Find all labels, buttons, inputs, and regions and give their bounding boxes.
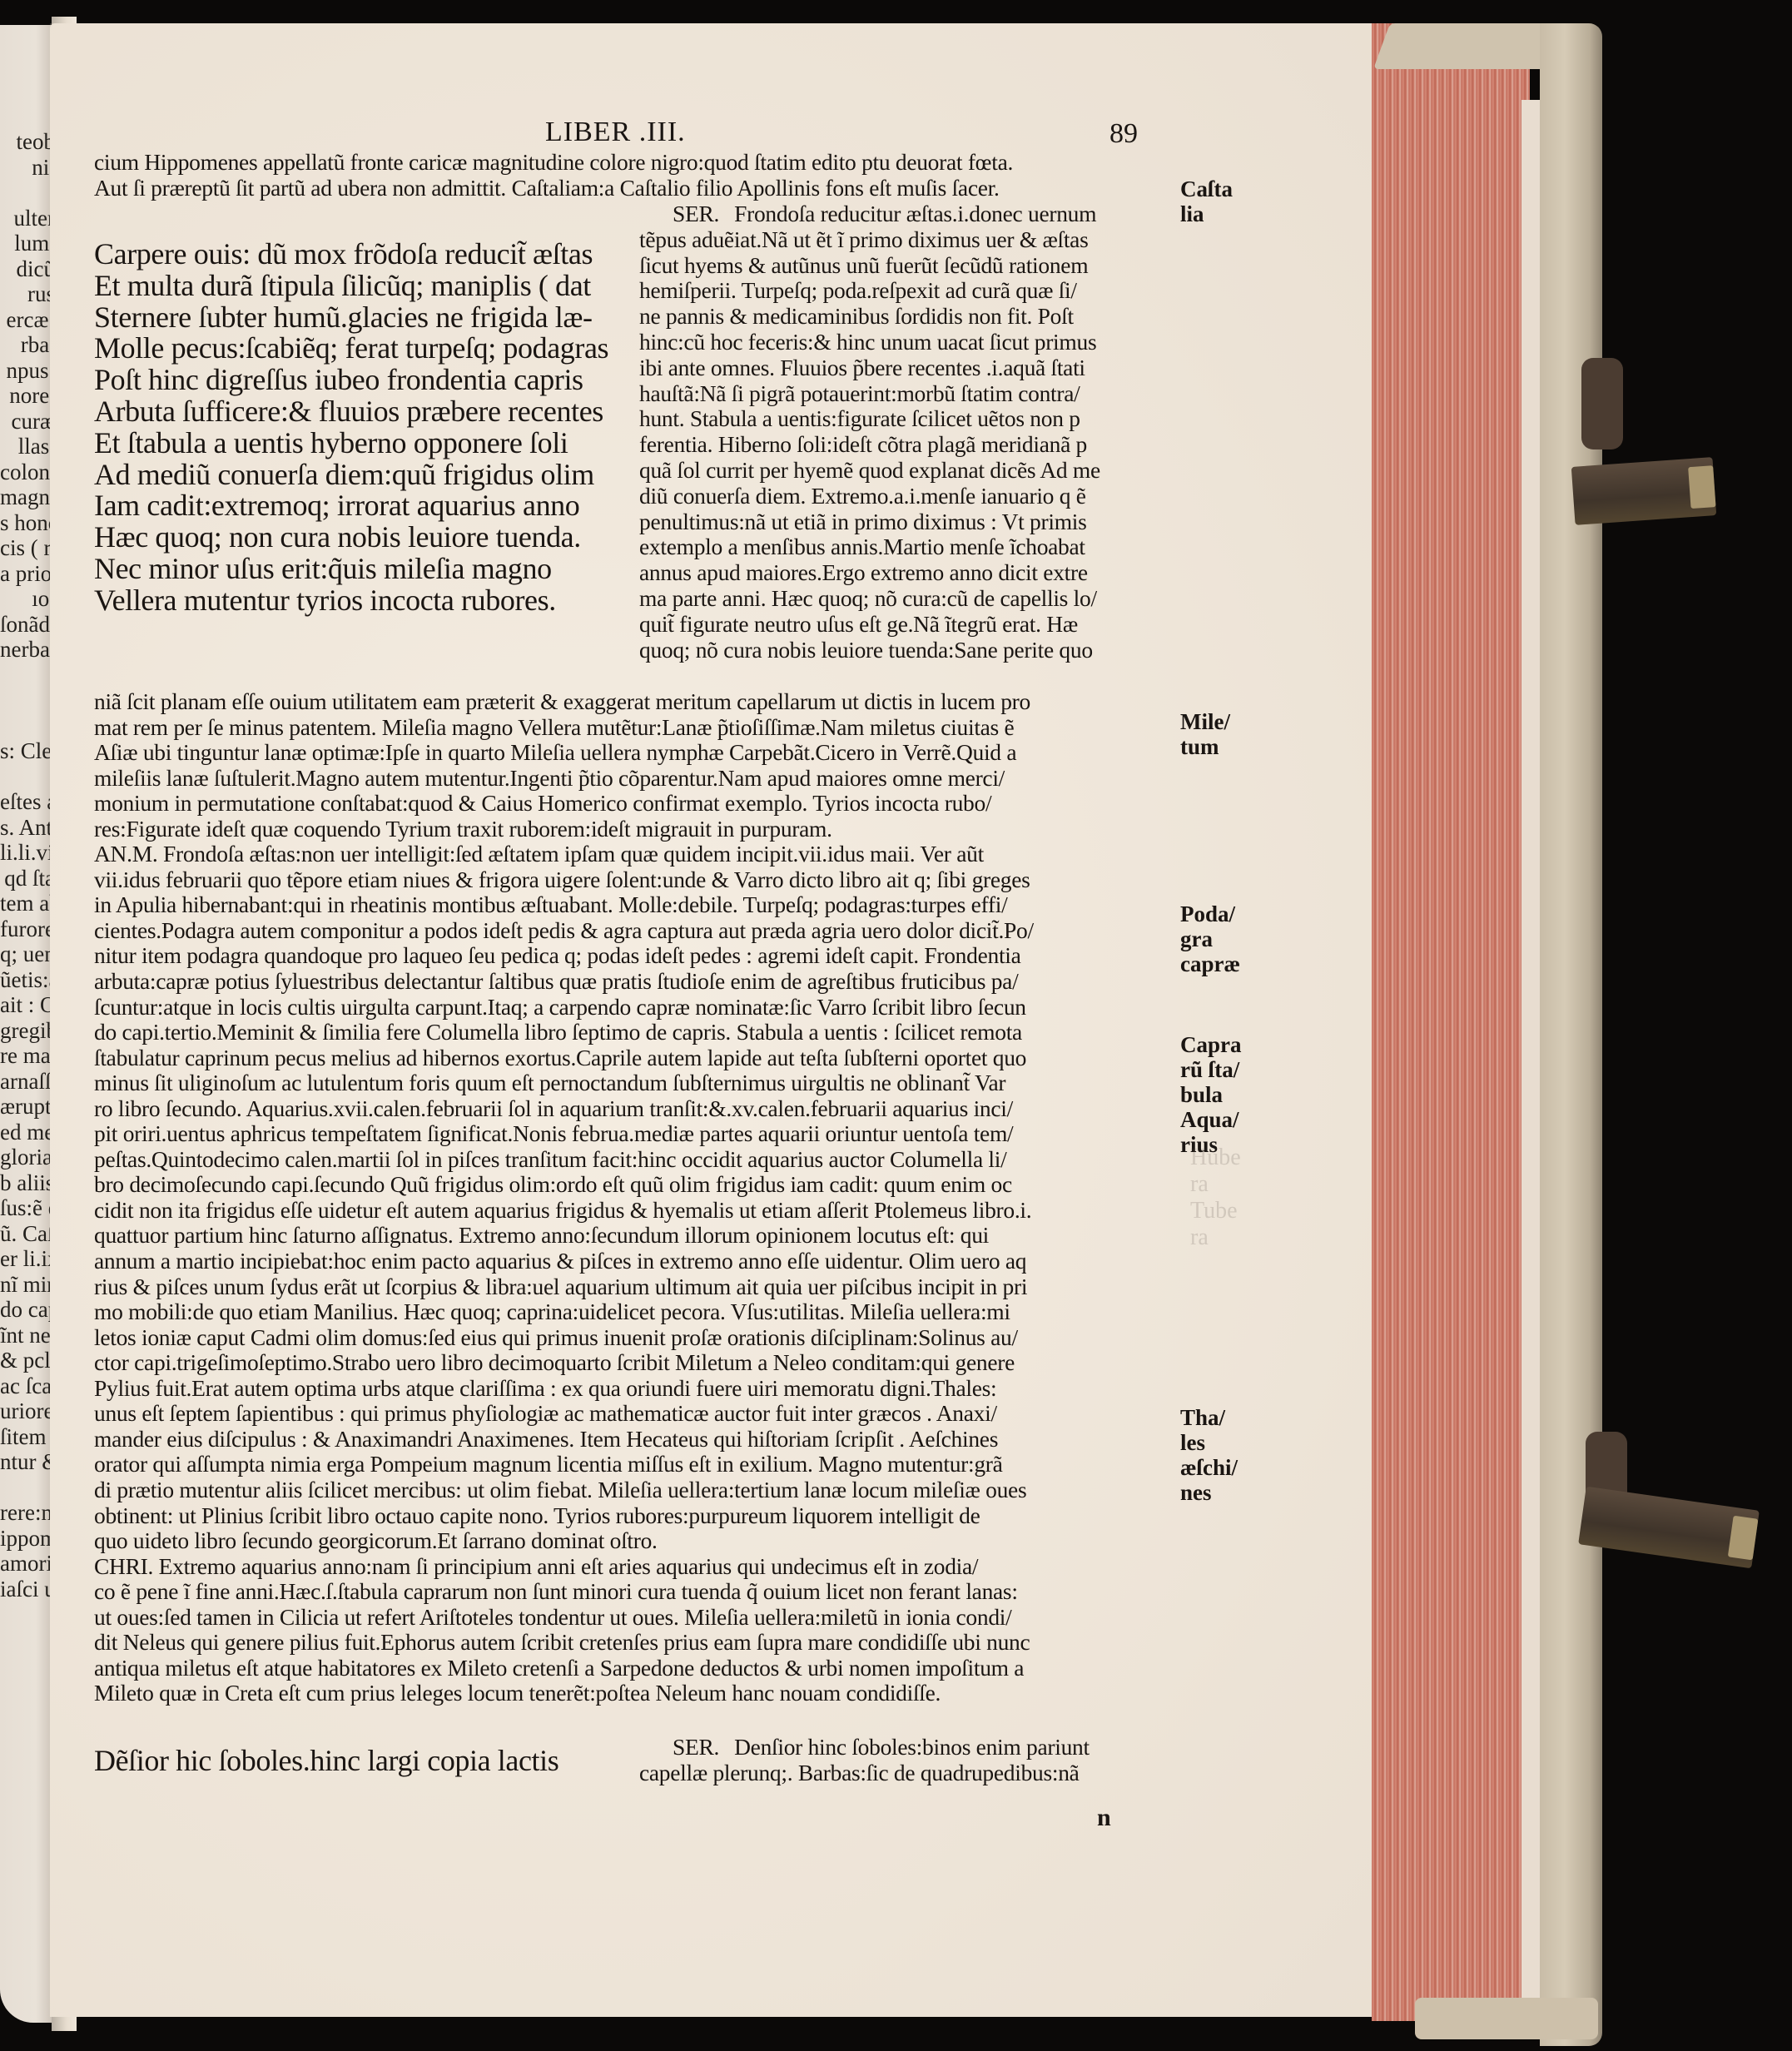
- ser2-lines: capellæ plerunq;. Barbas:ſic de quadrupe…: [639, 1760, 1090, 1786]
- text-line: extemplo a menſibus annis.Martio menſe ĩ…: [639, 534, 1100, 560]
- text-line: hinc:cũ hoc feceris:& hinc unum uacat ſi…: [639, 330, 1100, 355]
- text-line: pit oriri.uentus aphricus tempeſtatem ſi…: [94, 1121, 1034, 1147]
- text-line: mo mobili:de quo etiam Manilius. Hæc quo…: [94, 1299, 1034, 1325]
- text-line: Carpere ouis: dũ mox frõdoſa reducit̃ æſ…: [94, 239, 608, 271]
- text-line: hauſtã:Nã ſi pigrã potauerint:morbũ ſtat…: [639, 381, 1100, 407]
- margin-note: Poda/ gra capræ: [1180, 901, 1240, 976]
- text-line: res:Figurate ideſt quæ coquendo Tyrium t…: [94, 817, 1034, 842]
- text-line: npus:: [0, 358, 52, 384]
- text-line: ũetis:aq;: [0, 967, 52, 993]
- clasp-strap-upper-icon: [1571, 457, 1716, 525]
- text-line: annum a martio incipiebat:hoc enim pacto…: [94, 1249, 1034, 1274]
- ser-commentary-2: SER.Denſior hinc ſoboles:binos enim pari…: [639, 1735, 1090, 1786]
- text-line: SER.Denſior hinc ſoboles:binos enim pari…: [639, 1735, 1090, 1760]
- text-line: ibi ante omnes. Fluuios p̃bere recentes …: [639, 355, 1100, 381]
- text-line: annus apud maiores.Ergo extremo anno dic…: [639, 560, 1100, 586]
- text-line: penultimus:nã ut etiã in primo diximus :…: [639, 509, 1100, 535]
- text-line: teob: [0, 129, 52, 155]
- text-line: ut oues:ſed tamen in Cilicia ut refert A…: [94, 1605, 1034, 1631]
- text-line: dit Neleus qui genere pilius fuit.Ephoru…: [94, 1630, 1034, 1656]
- text-line: ıo.: [0, 586, 52, 612]
- text-line: ulter: [0, 206, 52, 231]
- text-line: ſus:ẽ enim: [0, 1195, 52, 1221]
- text-line: hunt. Stabula a uentis:figurate ſcilicet…: [639, 406, 1100, 432]
- text-line: coloni:: [0, 459, 52, 485]
- margin-note: Capra rũ ſta/ bula Aqua/ rius: [1180, 1032, 1242, 1157]
- text-line: ctor capi.trigeſimoſeptimo.Strabo uero l…: [94, 1350, 1034, 1376]
- text-line: quoq; nõ cura nobis leuiore tuenda:Sane …: [639, 638, 1100, 663]
- text-line: minus ſit uliginoſum ac lutulentum foris…: [94, 1070, 1034, 1096]
- text-line: ferentia. Hiberno ſoli:ideſt cõtra plagã…: [639, 432, 1100, 458]
- text-line: Arbuta ſufficere:& fluuios præbere recen…: [94, 396, 608, 428]
- vellum-cover-spine: [1540, 23, 1602, 2046]
- text-line: ærupta ſũ: [0, 1094, 52, 1120]
- text-line: rere:nec quẽ: [0, 1500, 52, 1526]
- vellum-cover-bottom: [1415, 1998, 1598, 2039]
- commentator-label: SER.: [673, 201, 719, 227]
- text-line: ne pannis & medicaminibus ſordidis non f…: [639, 304, 1100, 330]
- text-line: b aliis non: [0, 1170, 52, 1196]
- text-line: nitur item podagra quandoque pro laqueo …: [94, 943, 1034, 969]
- text-line: s hono: [0, 510, 52, 536]
- text-line: peſtas.Quintodecimo calen.martii ſol in …: [94, 1147, 1034, 1173]
- text-line: Poſt hinc digreſſus iubeo frondentia cap…: [94, 365, 608, 396]
- text-line: Aſiæ ubi tinguntur lanæ optimæ:Ipſe in q…: [94, 740, 1034, 766]
- text-line: rius & piſces unum ſydus erãt ut ſcorpiu…: [94, 1274, 1034, 1300]
- text-line-body: Frondoſa reducitur æſtas.i.donec uernum: [734, 201, 1096, 226]
- text-line: AN.M. Frondoſa æſtas:non uer intelligit:…: [94, 842, 1034, 867]
- full-width-commentary: niã ſcit planam eſſe ouium utilitatem ea…: [94, 689, 1034, 1706]
- text-line: s. Antea: [0, 815, 52, 841]
- text-line: SER.Frondoſa reducitur æſtas.i.donec uer…: [639, 201, 1100, 227]
- text-line: in Apulia hibernabant:qui in rheatinis m…: [94, 892, 1034, 918]
- text-line: [0, 180, 52, 206]
- text-line: capellæ plerunq;. Barbas:ſic de quadrupe…: [639, 1760, 1090, 1786]
- verse-block-2: Dẽſior hic ſoboles.hinc largi copia lact…: [94, 1746, 558, 1777]
- text-line: bro decimoſecundo capi.ſecundo Quũ frigi…: [94, 1172, 1034, 1198]
- margin-note: Tha/ les æſchi/ nes: [1180, 1405, 1238, 1505]
- text-line: Ad mediũ conuerſa diem:quũ frigidus olim: [94, 459, 608, 491]
- text-line: Vellera mutentur tyrios incocta rubores.: [94, 585, 608, 617]
- text-line: arbuta:capræ potius ſyluestribus delecta…: [94, 969, 1034, 995]
- text-line: amoris be: [0, 1551, 52, 1577]
- text-line: arnaſſi ar/: [0, 1069, 52, 1095]
- text-line: ac ſcabras: [0, 1373, 52, 1399]
- text-line: Molle pecus:ſcabiẽq; ferat turpeſq; poda…: [94, 333, 608, 365]
- text-line: llas.: [0, 434, 52, 459]
- margin-note: Mile/ tum: [1180, 709, 1230, 759]
- text-line: Nec minor uſus erit:q̃uis mileſia magno: [94, 554, 608, 585]
- text-line: gregibus.: [0, 1018, 52, 1044]
- text-line: Iam cadit:extremoq; irrorat aquarius ann…: [94, 490, 608, 522]
- folio-number: 89: [1109, 118, 1138, 150]
- text-line: ſitem quo: [0, 1424, 52, 1450]
- text-line: nĩ minime: [0, 1272, 52, 1298]
- text-line: Mileto quæ in Creta eſt cum prius lelege…: [94, 1681, 1034, 1706]
- ghost-margin-note: Hube ra Tube ra: [1190, 1145, 1241, 1251]
- text-line: cidit non ita frigidus eſſe uidetur eſt …: [94, 1198, 1034, 1224]
- text-line: Et ſtabula a uentis hyberno opponere ſol…: [94, 428, 608, 459]
- text-line: unus eſt ſeptem ſapientibus : qui primus…: [94, 1401, 1034, 1427]
- margin-note: Caſta lia: [1180, 176, 1233, 226]
- text-line: urioreſque: [0, 1398, 52, 1424]
- text-line: CHRI. Extremo aquarius anno:nam ſi princ…: [94, 1554, 1034, 1580]
- text-line: quit̃ figurate neutro uſus eſt ge.Nã ĩte…: [639, 612, 1100, 638]
- text-line: [0, 688, 52, 713]
- text-line: dicũ: [0, 256, 52, 282]
- text-line: ercæ:: [0, 307, 52, 333]
- left-page-text: teobni. ulterlum.dicũrusercæ:rba.npus:no…: [0, 25, 52, 1602]
- text-line: ũ. Caſta/: [0, 1221, 52, 1247]
- text-line: ni.: [0, 155, 52, 181]
- clasp-tie-upper: [1581, 358, 1623, 449]
- text-line: orator qui aſſumpta nimia erga Pompeium …: [94, 1452, 1034, 1477]
- text-line: letos ioniæ caput Cadmi olim domus:ſed e…: [94, 1325, 1034, 1351]
- signature-mark: n: [1097, 1804, 1111, 1832]
- text-line: eſtes aliẽ: [0, 789, 52, 815]
- text-line: s: Clemẽ: [0, 738, 52, 764]
- text-line: furore: [0, 916, 52, 942]
- text-line: cientes.Podagra autem componitur a podos…: [94, 918, 1034, 944]
- text-line: ma parte anni. Hæc quoq; nõ cura:cũ de c…: [639, 586, 1100, 612]
- text-line: [0, 1475, 52, 1501]
- text-line: co ẽ pene ĩ fine anni.Hæc.ſ.ſtabula capr…: [94, 1579, 1034, 1605]
- text-line: ippomenes: [0, 1526, 52, 1552]
- text-line: re maxia:: [0, 1043, 52, 1069]
- ser-commentary-1: SER.Frondoſa reducitur æſtas.i.donec uer…: [639, 201, 1100, 663]
- text-line-body: Denſior hinc ſoboles:binos enim pariunt: [734, 1734, 1090, 1760]
- text-line: tẽpus aduẽiat.Nã ut ẽt ĩ primo diximus u…: [639, 227, 1100, 253]
- text-line: er li.ix.Pro: [0, 1246, 52, 1272]
- text-line: ſicut hyems & autũnus unũ fuerũt ſecũdũ …: [639, 253, 1100, 279]
- text-line: iaſci uenẽ: [0, 1577, 52, 1602]
- text-line: q; uene/: [0, 941, 52, 967]
- text-line: ntur & a te: [0, 1449, 52, 1475]
- text-line: cis ( rẽ: [0, 535, 52, 561]
- left-facing-page: teobni. ulterlum.dicũrusercæ:rba.npus:no…: [0, 25, 52, 2023]
- text-line: mat rem per ſe minus patentem. Mileſia m…: [94, 715, 1034, 741]
- text-line: quattuor partium hinc ſaturno aſſignatus…: [94, 1223, 1034, 1249]
- text-line: ait : Oĩa: [0, 992, 52, 1018]
- text-line: monium in permutatione conſtabat:quod & …: [94, 791, 1034, 817]
- text-line: diũ conuerſa diem. Extremo.a.i.menſe ian…: [639, 484, 1100, 509]
- text-line: & pcliuũ: [0, 1348, 52, 1373]
- text-line: ro libro ſecundo. Aquarius.xvii.calen.fe…: [94, 1096, 1034, 1122]
- text-line: mileſiis lanæ ſuſtulerit.Magno autem mut…: [94, 766, 1034, 792]
- text-line: hemiſperii. Turpeſq; poda.reſpexit ad cu…: [639, 278, 1100, 304]
- text-line: [0, 764, 52, 790]
- text-line: ſcuntur:atque in locis cultis uirgulta c…: [94, 995, 1034, 1021]
- text-line: cium Hippomenes appellatũ fronte caricæ …: [94, 150, 1013, 176]
- clasp-strap-lower-icon: [1578, 1487, 1760, 1569]
- text-line: tem ab: [0, 891, 52, 916]
- text-line: Pylius fuit.Erat autem optima urbs atque…: [94, 1376, 1034, 1402]
- text-line: a prioq;: [0, 561, 52, 587]
- text-line: [0, 713, 52, 739]
- text-line: do capi.tertio.Meminit & ſimilia fere Co…: [94, 1020, 1034, 1045]
- text-line: gloriæ ta/: [0, 1145, 52, 1170]
- text-line: Aut ſi præreptũ ſit partũ ad ubera non a…: [94, 176, 1013, 201]
- text-line: [0, 663, 52, 688]
- text-line: curæ: [0, 409, 52, 435]
- text-line: rus: [0, 281, 52, 307]
- text-line: rba.: [0, 332, 52, 358]
- text-line: ĩnt ne uen: [0, 1323, 52, 1348]
- text-line: Sternere ſubter humũ.glacies ne frigida …: [94, 302, 608, 334]
- text-line: quã ſol currit per hyemẽ quod explanat d…: [639, 458, 1100, 484]
- text-line: Et multa durã ſtipula ſilicũq; maniplis …: [94, 271, 608, 302]
- text-line: lum.: [0, 231, 52, 256]
- text-line: niã ſcit planam eſſe ouium utilitatem ea…: [94, 689, 1034, 715]
- text-line: magnũ: [0, 484, 52, 510]
- verse-block-1: Carpere ouis: dũ mox frõdoſa reducit̃ æſ…: [94, 239, 608, 617]
- text-line: nerbam: [0, 637, 52, 663]
- text-line: mander eius diſcipulus : & Anaximandri A…: [94, 1427, 1034, 1453]
- text-line: ſonãdũ: [0, 612, 52, 638]
- text-line: qd ſta: [0, 866, 52, 891]
- text-line: quo uideto libro ſecundo georgicorum.Et …: [94, 1528, 1034, 1554]
- text-line: Dẽſior hic ſoboles.hinc largi copia lact…: [94, 1746, 558, 1777]
- text-line: ſtabulatur caprinum pecus melius ad hibe…: [94, 1045, 1034, 1071]
- text-line: antiqua miletus eſt atque habitatores ex…: [94, 1656, 1034, 1681]
- text-line: Hæc quoq; non cura nobis leuiore tuenda.: [94, 522, 608, 554]
- text-line: obtinent: ut Plinius ſcribit libro octau…: [94, 1503, 1034, 1529]
- text-line: ed me par/: [0, 1120, 52, 1145]
- opening-commentary: cium Hippomenes appellatũ fronte caricæ …: [94, 150, 1013, 201]
- running-head: LIBER .III.: [545, 117, 686, 148]
- text-line: vii.idus februarii quo tẽpore etiam niue…: [94, 867, 1034, 893]
- text-line: li.li.viii.: [0, 840, 52, 866]
- text-line: do capi.ii.: [0, 1297, 52, 1323]
- text-line: nore.: [0, 383, 52, 409]
- ser1-lines: tẽpus aduẽiat.Nã ut ẽt ĩ primo diximus u…: [639, 227, 1100, 663]
- text-line: di prætio mutentur aliis ſcilicet mercib…: [94, 1477, 1034, 1503]
- commentator-label: SER.: [673, 1735, 719, 1760]
- red-fore-edge: [1372, 23, 1530, 2021]
